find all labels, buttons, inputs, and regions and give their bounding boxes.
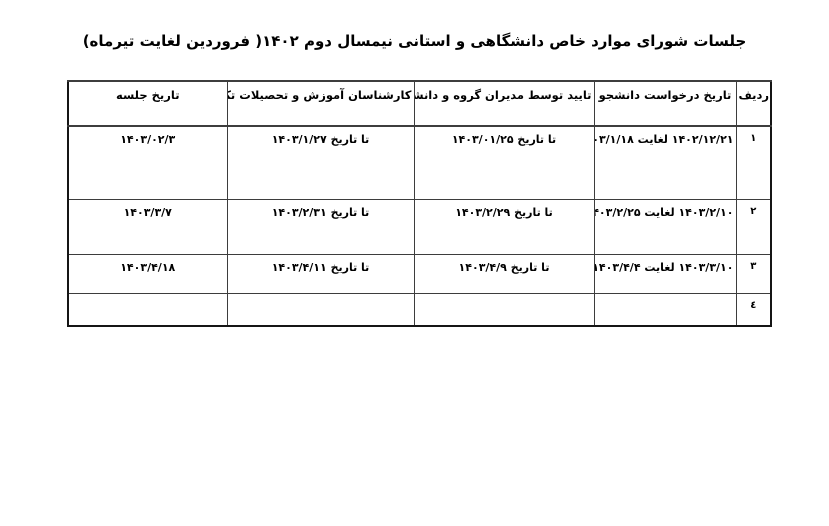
manager-approval-cell: تا تاریخ ۱۴۰۳/۰۱/۲۵ [414,126,594,199]
header-student-request-date: تاریخ درخواست دانشجو [594,81,736,126]
header-row-number: ردیف [736,81,771,126]
experts-deadline-cell: تا تاریخ ۱۴۰۳/۴/۱۱ [227,254,414,293]
page-title: جلسات شورای موارد خاص دانشگاهی و استانی … [0,32,829,50]
session-date-cell: ۱۴۰۳/۰۲/۳ [68,126,227,199]
row-number-cell: ٣ [736,254,771,293]
session-date-cell: ۱۴۰۳/۳/۷ [68,199,227,254]
header-education-experts: کارشناسان آموزش و تحصیلات تکمیلی [227,81,414,126]
request-period-cell [594,293,736,326]
manager-approval-cell: تا تاریخ ۱۴۰۳/۴/۹ [414,254,594,293]
table-row: ١ ۱۴۰۲/۱۲/۲۱ لغایت ۱۴۰۳/۱/۱۸ تا تاریخ ۱۴… [68,126,771,199]
row-number-cell: ٤ [736,293,771,326]
experts-deadline-cell: تا تاریخ ۱۴۰۳/۲/۳۱ [227,199,414,254]
table-row: ٢ ۱۴۰۳/۲/۱۰ لغایت ۱۴۰۳/۲/۲۵ تا تاریخ ۱۴۰… [68,199,771,254]
header-session-date: تاریخ جلسه [68,81,227,126]
sessions-schedule-table: ردیف تاریخ درخواست دانشجو تایید توسط مدی… [67,80,772,327]
row-number-cell: ١ [736,126,771,199]
experts-deadline-cell: تا تاریخ ۱۴۰۳/۱/۲۷ [227,126,414,199]
table-row: ٤ [68,293,771,326]
document-page: جلسات شورای موارد خاص دانشگاهی و استانی … [0,0,829,526]
request-period-cell: ۱۴۰۲/۱۲/۲۱ لغایت ۱۴۰۳/۱/۱۸ [594,126,736,199]
manager-approval-cell: تا تاریخ ۱۴۰۳/۲/۲۹ [414,199,594,254]
table-row: ٣ ۱۴۰۳/۳/۱۰ لغایت ۱۴۰۳/۴/۴ تا تاریخ ۱۴۰۳… [68,254,771,293]
table-header-row: ردیف تاریخ درخواست دانشجو تایید توسط مدی… [68,81,771,126]
request-period-cell: ۱۴۰۳/۳/۱۰ لغایت ۱۴۰۳/۴/۴ [594,254,736,293]
header-manager-approval: تایید توسط مدیران گروه و دانشکده [414,81,594,126]
request-period-cell: ۱۴۰۳/۲/۱۰ لغایت ۱۴۰۳/۲/۲۵ [594,199,736,254]
session-date-cell [68,293,227,326]
session-date-cell: ۱۴۰۳/۴/۱۸ [68,254,227,293]
row-number-cell: ٢ [736,199,771,254]
experts-deadline-cell [227,293,414,326]
manager-approval-cell [414,293,594,326]
